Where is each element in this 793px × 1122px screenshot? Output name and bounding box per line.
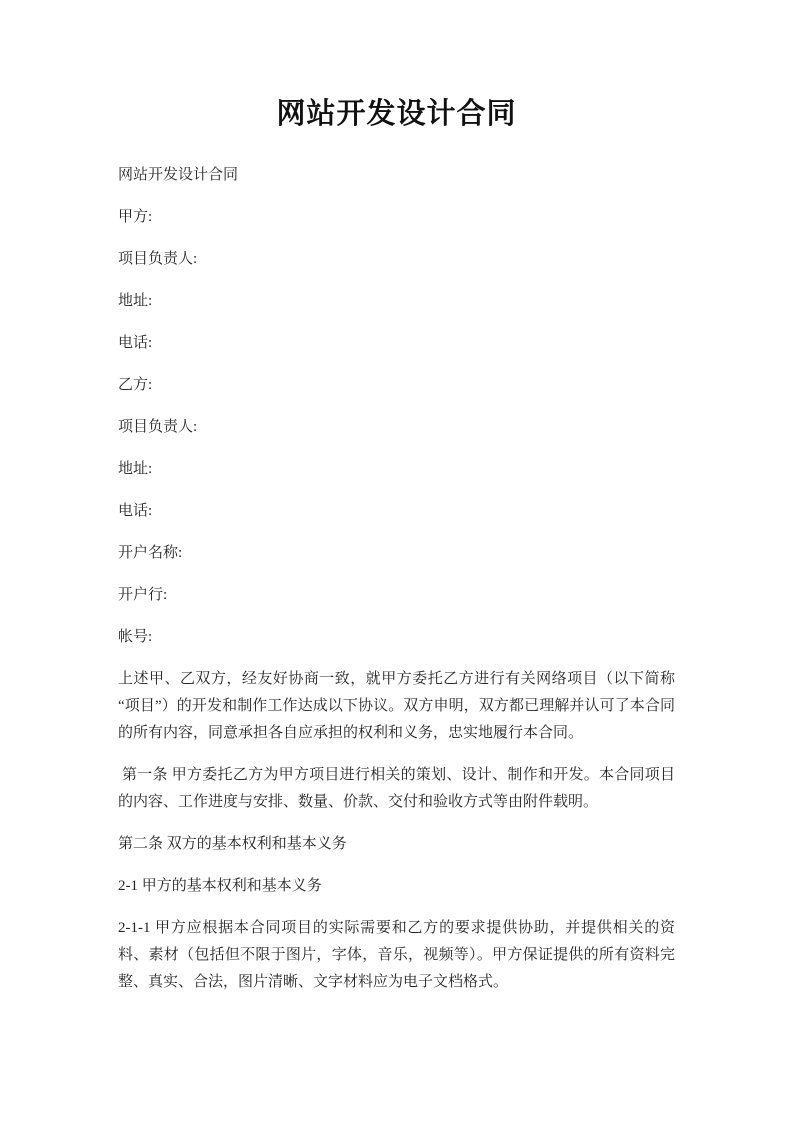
party-b-label: 乙方: [118, 372, 675, 399]
account-name-label: 开户名称: [118, 540, 675, 567]
party-b-project-manager-label: 项目负责人: [118, 414, 675, 441]
party-a-phone-label: 电话: [118, 330, 675, 357]
party-b-phone-label: 电话: [118, 498, 675, 525]
party-b-address-label: 地址: [118, 456, 675, 483]
party-a-label: 甲方: [118, 204, 675, 231]
party-a-address-label: 地址: [118, 288, 675, 315]
doc-name-line: 网站开发设计合同 [118, 162, 675, 189]
preamble-paragraph: 上述甲、乙双方，经友好协商一致，就甲方委托乙方进行有关网络项目（以下简称“项目”… [118, 666, 675, 747]
document-page: 网站开发设计合同 网站开发设计合同 甲方: 项目负责人: 地址: 电话: 乙方:… [0, 0, 793, 1122]
account-number-label: 帐号: [118, 624, 675, 651]
party-a-project-manager-label: 项目负责人: [118, 246, 675, 273]
clause-2-1-1-paragraph: 2-1-1 甲方应根据本合同项目的实际需要和乙方的要求提供协助，并提供相关的资料… [118, 915, 675, 996]
clause-2-heading: 第二条 双方的基本权利和基本义务 [118, 831, 675, 858]
clause-2-1-heading: 2-1 甲方的基本权利和基本义务 [118, 873, 675, 900]
document-title: 网站开发设计合同 [118, 94, 675, 134]
clause-1-paragraph: 第一条 甲方委托乙方为甲方项目进行相关的策划、设计、制作和开发。本合同项目的内容… [118, 762, 675, 816]
bank-label: 开户行: [118, 582, 675, 609]
